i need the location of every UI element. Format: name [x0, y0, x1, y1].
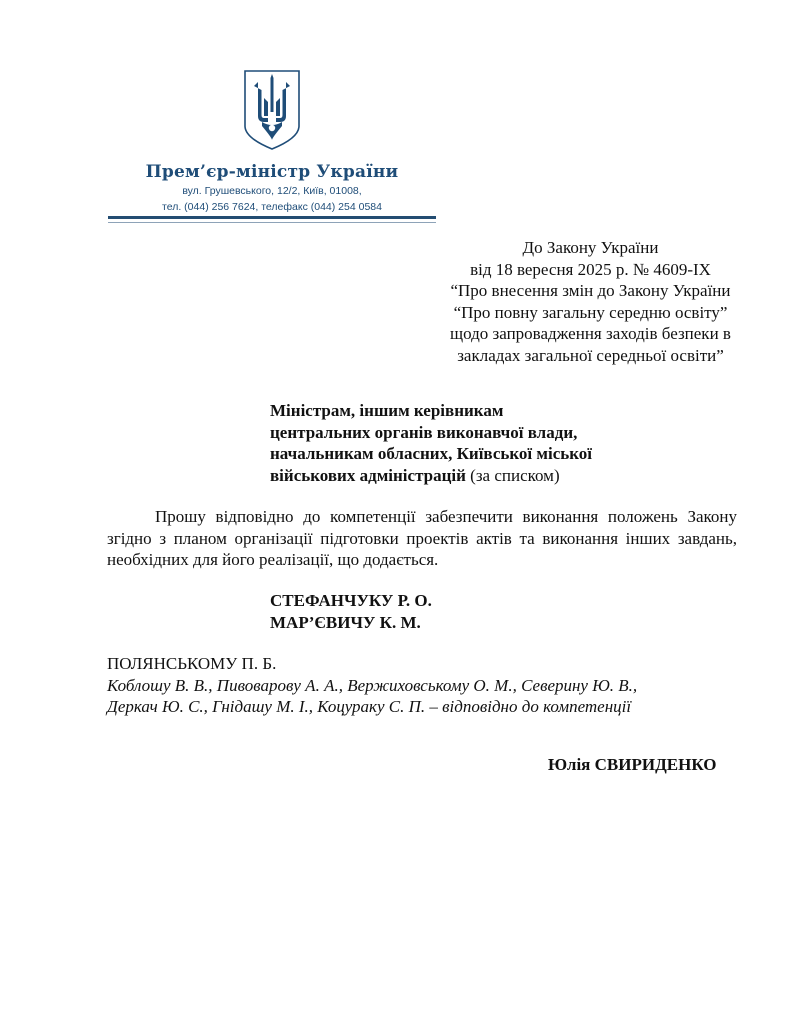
reference-line: “Про внесення змін до Закону України: [420, 280, 761, 302]
recipient: СТЕФАНЧУКУ Р. О.: [270, 590, 432, 612]
letter-body: Прошу відповідно до компетенції забезпеч…: [107, 506, 737, 571]
letterhead: Прем’єр-міністр України вул. Грушевськог…: [108, 68, 436, 214]
reference-line: До Закону України: [420, 237, 761, 259]
reference-line: щодо запровадження заходів безпеки в: [420, 323, 761, 345]
addressee-line: військових адміністрацій: [270, 466, 466, 485]
law-reference: До Закону України від 18 вересня 2025 р.…: [420, 237, 761, 367]
letterhead-title: Прем’єр-міністр України: [108, 162, 436, 182]
copy-primary: ПОЛЯНСЬКОМУ П. Б.: [107, 653, 747, 675]
copy-list-line: Коблошу В. В., Пивоварову А. А., Вержихо…: [107, 675, 747, 697]
signature: Юлія СВИРИДЕНКО: [548, 755, 716, 775]
letterhead-rule: [108, 216, 436, 219]
reference-line: “Про повну загальну середню освіту”: [420, 302, 761, 324]
reference-line: від 18 вересня 2025 р. № 4609-IX: [420, 259, 761, 281]
trident-coat-of-arms-icon: [242, 68, 302, 152]
addressee-block: Міністрам, іншим керівникам центральних …: [270, 400, 710, 486]
addressee-note: (за списком): [466, 466, 560, 485]
addressee-line: Міністрам, іншим керівникам: [270, 401, 503, 420]
recipients-block: СТЕФАНЧУКУ Р. О. МАР’ЄВИЧУ К. М.: [270, 590, 432, 633]
addressee-line: центральних органів виконавчої влади,: [270, 423, 577, 442]
recipient: МАР’ЄВИЧУ К. М.: [270, 612, 432, 634]
addressee-line: начальникам обласних, Київської міської: [270, 444, 592, 463]
letterhead-rule-thin: [108, 222, 436, 223]
copy-list-line: Деркач Ю. С., Гнідашу М. І., Коцураку С.…: [107, 696, 747, 718]
letterhead-address: вул. Грушевського, 12/2, Київ, 01008,: [108, 185, 436, 198]
letterhead-phones: тел. (044) 256 7624, телефакс (044) 254 …: [108, 201, 436, 214]
body-paragraph: Прошу відповідно до компетенції забезпеч…: [107, 506, 737, 571]
copies-block: ПОЛЯНСЬКОМУ П. Б. Коблошу В. В., Пивовар…: [107, 653, 747, 718]
reference-line: закладах загальної середньої освіти”: [420, 345, 761, 367]
